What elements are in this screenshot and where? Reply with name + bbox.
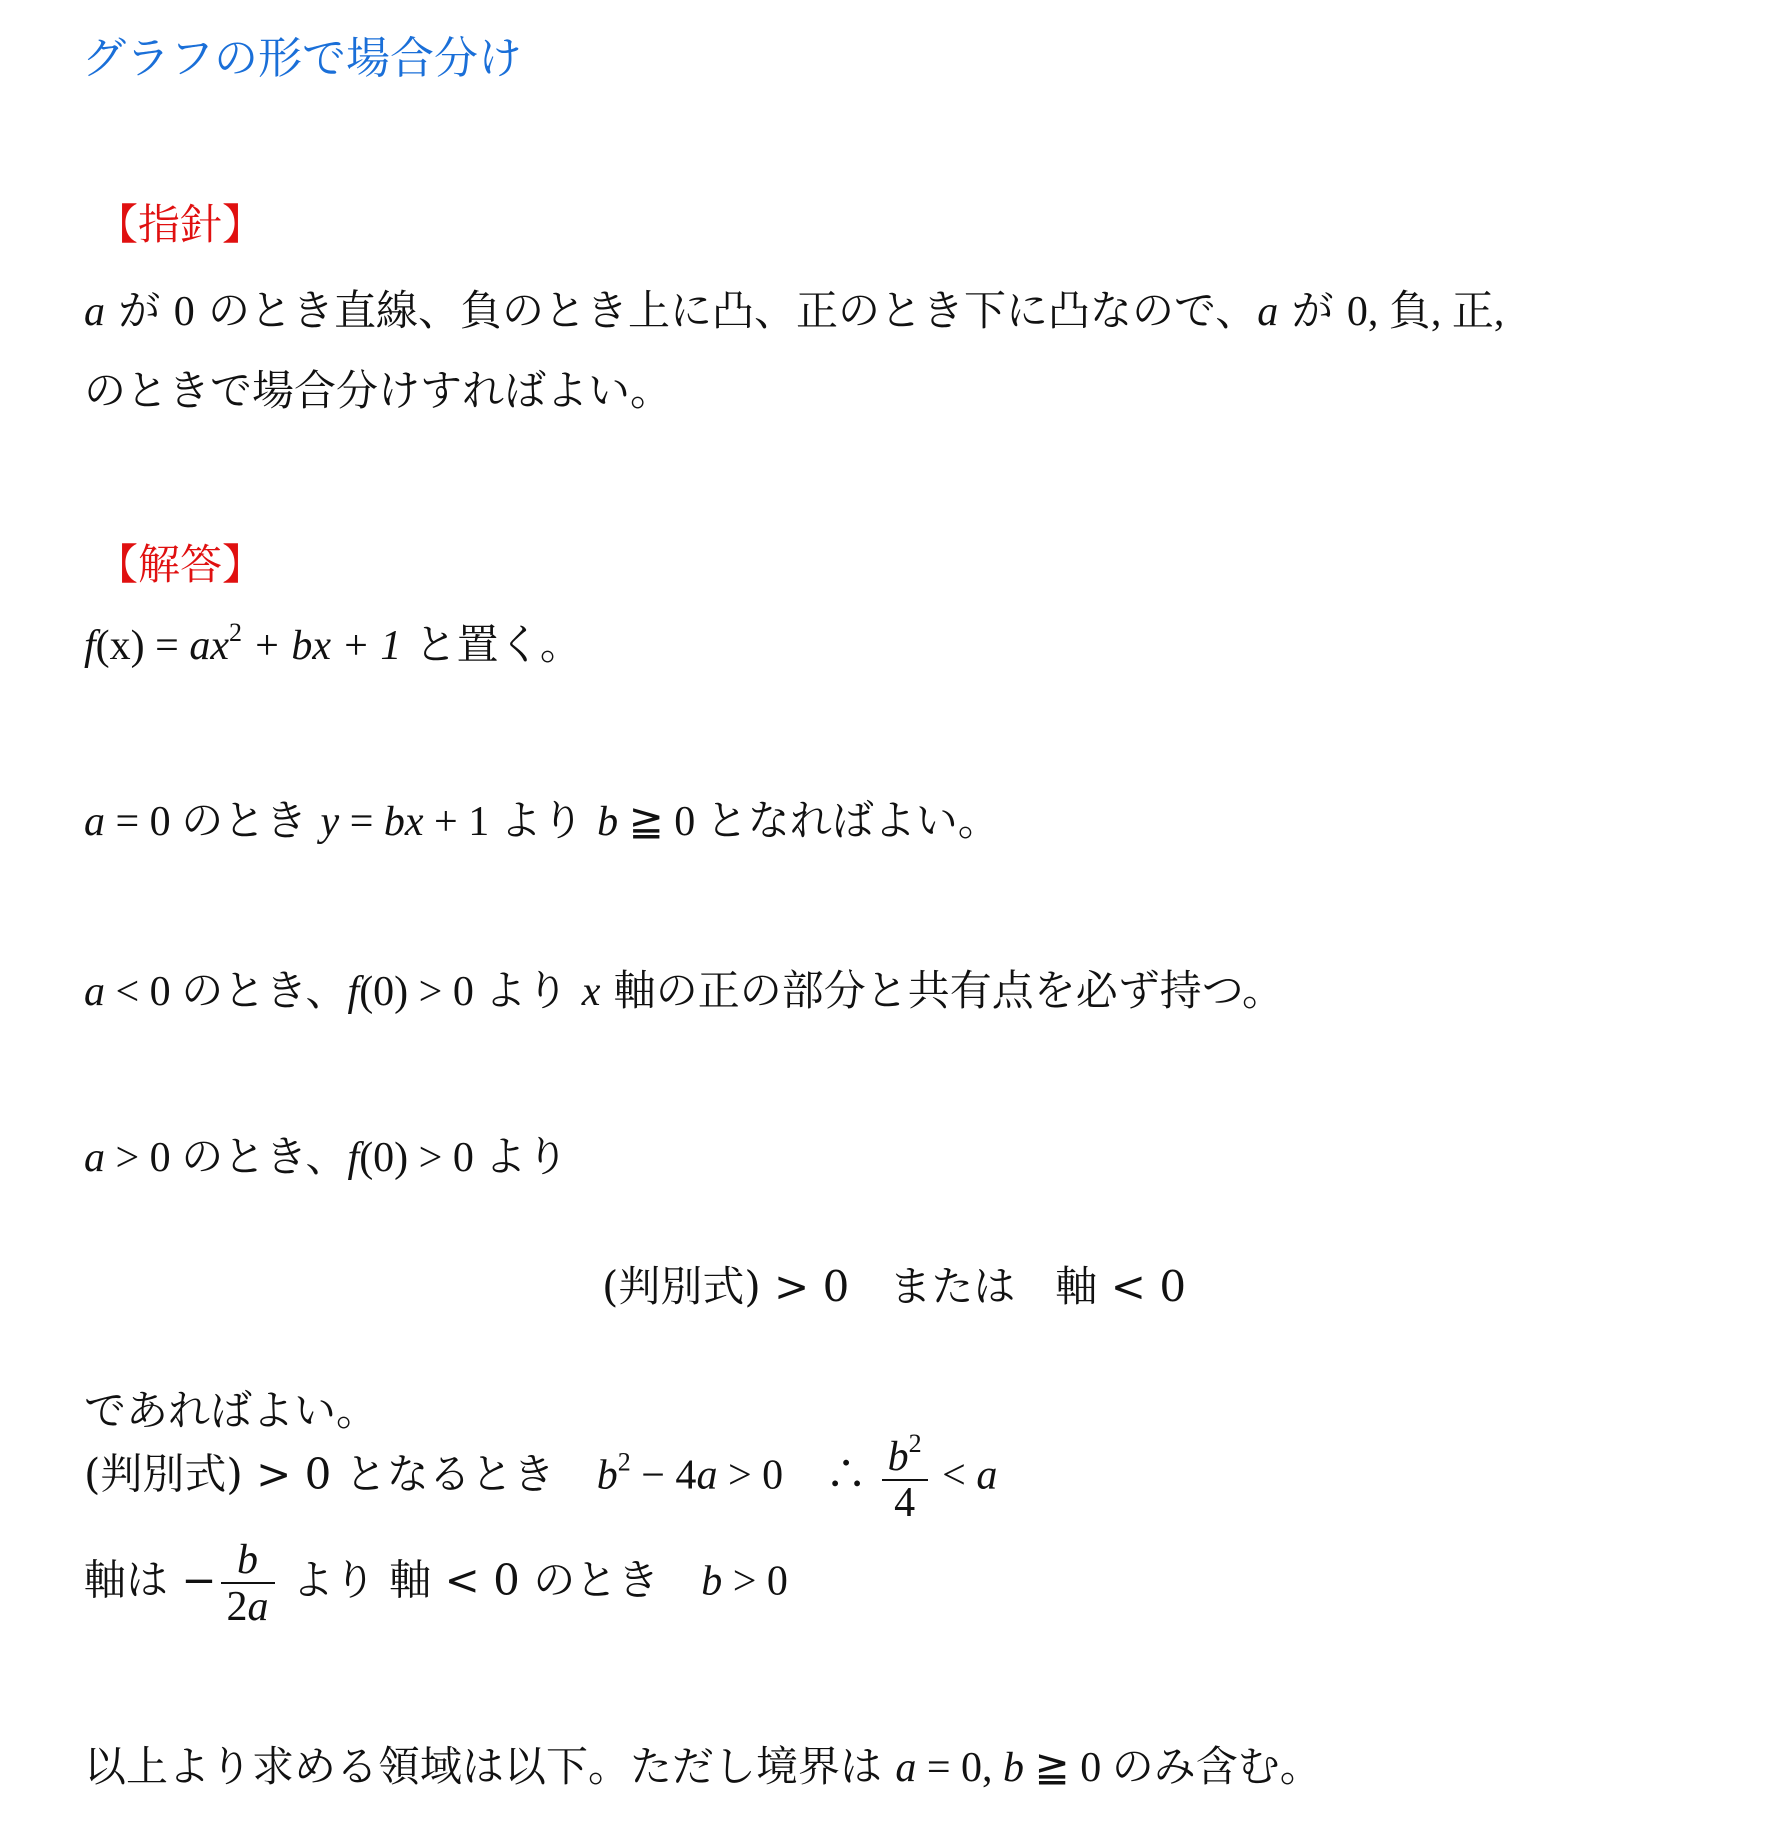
- math: − 4: [631, 1453, 697, 1499]
- math: + 1: [424, 799, 500, 845]
- var-f: f: [84, 623, 96, 669]
- text: のとき直線、負のとき上に凸、正のとき下に凸なので、: [195, 286, 1258, 335]
- text: (判別式) > 0 となるとき: [84, 1450, 597, 1499]
- var-f: f: [348, 1135, 360, 1181]
- fraction-b2-over-4: b24: [882, 1430, 928, 1525]
- exponent: 2: [229, 618, 242, 647]
- var-y: y: [321, 799, 340, 845]
- math: > 0 ∴: [717, 1453, 877, 1499]
- var-x: x: [582, 969, 601, 1015]
- math: ax: [189, 623, 229, 669]
- var-a: a: [84, 969, 105, 1015]
- var-b: b: [597, 1453, 618, 1499]
- var-f: f: [348, 969, 360, 1015]
- var-b: b: [1003, 1745, 1024, 1791]
- condition-display: (判別式) > 0 または 軸 < 0: [0, 1254, 1788, 1314]
- conclusion-line: 以上より求める領域は以下。ただし境界は a = 0, b ≧ 0 のみ含む。: [84, 1734, 1322, 1794]
- math: (x): [96, 623, 145, 669]
- math: bx: [384, 799, 424, 845]
- var-a: a: [696, 1453, 717, 1499]
- math: <: [932, 1453, 977, 1499]
- var-a: a: [84, 799, 105, 845]
- case-a-positive: a > 0 のとき、f(0) > 0 より: [84, 1124, 568, 1184]
- number: 2: [227, 1584, 248, 1630]
- var-a: a: [976, 1453, 997, 1499]
- math: (0) > 0: [359, 969, 484, 1015]
- hint-line-1: a が 0 のとき直線、負のとき上に凸、正のとき下に凸なので、a が 0, 負,…: [84, 278, 1504, 338]
- math: =: [339, 799, 384, 845]
- exponent: 2: [909, 1429, 922, 1458]
- denominator: 4: [882, 1481, 928, 1525]
- var-a: a: [84, 289, 105, 335]
- var-a: a: [895, 1745, 916, 1791]
- text: が: [105, 286, 174, 335]
- function-definition: f(x) = ax2 + bx + 1 と置く。: [84, 612, 582, 672]
- math: + bx + 1: [242, 623, 401, 669]
- math: (0) > 0: [359, 1135, 484, 1181]
- text: 以上より求める領域は以下。ただし境界は: [84, 1742, 895, 1791]
- text: のみ含む。: [1112, 1742, 1322, 1791]
- math: > 0: [722, 1559, 788, 1605]
- math: = 0,: [916, 1745, 1003, 1791]
- var-b: b: [597, 799, 618, 845]
- text: より 軸 < 0 のとき: [279, 1556, 702, 1605]
- math: ≧ 0: [618, 799, 706, 845]
- solution-heading: 【解答】: [96, 532, 264, 592]
- numerator: b: [221, 1538, 275, 1584]
- text: 0, 負, 正,: [1347, 289, 1505, 335]
- page-title: グラフの形で場合分け: [82, 22, 522, 86]
- case-a-negative: a < 0 のとき、f(0) > 0 より x 軸の正の部分と共有点を必ず持つ。: [84, 958, 1284, 1018]
- var-a: a: [248, 1584, 269, 1630]
- math: > 0: [105, 1135, 181, 1181]
- hint-line-2: のときで場合分けすればよい。: [84, 358, 672, 418]
- number: 0: [174, 289, 195, 335]
- text: より: [484, 1132, 568, 1181]
- text: のとき、: [181, 1132, 347, 1181]
- var-a: a: [1257, 289, 1278, 335]
- text: 軸の正の部分と共有点を必ず持つ。: [600, 966, 1284, 1015]
- var-b: b: [888, 1434, 909, 1480]
- text: のとき: [181, 796, 320, 845]
- text: のとき、: [181, 966, 347, 1015]
- hint-heading: 【指針】: [96, 192, 264, 252]
- var-b: b: [701, 1559, 722, 1605]
- math: ≧ 0: [1024, 1745, 1112, 1791]
- math: =: [145, 623, 190, 669]
- exponent: 2: [618, 1448, 631, 1477]
- discriminant-line: (判別式) > 0 となるとき b2 − 4a > 0 ∴ b24 < a: [84, 1430, 997, 1525]
- fraction-b-over-2a: b2a: [221, 1538, 275, 1629]
- text: となればよい。: [706, 796, 1000, 845]
- text: 軸は −: [84, 1556, 217, 1605]
- var-a: a: [84, 1135, 105, 1181]
- text: より: [500, 796, 597, 845]
- then-ok: であればよい。: [84, 1378, 378, 1438]
- case-a-zero: a = 0 のとき y = bx + 1 より b ≧ 0 となればよい。: [84, 788, 1000, 848]
- math: < 0: [105, 969, 181, 1015]
- text: より: [484, 966, 581, 1015]
- text: と置く。: [401, 620, 582, 669]
- text: が: [1278, 286, 1347, 335]
- axis-line: 軸は −b2a より 軸 < 0 のとき b > 0: [84, 1538, 788, 1629]
- math: = 0: [105, 799, 181, 845]
